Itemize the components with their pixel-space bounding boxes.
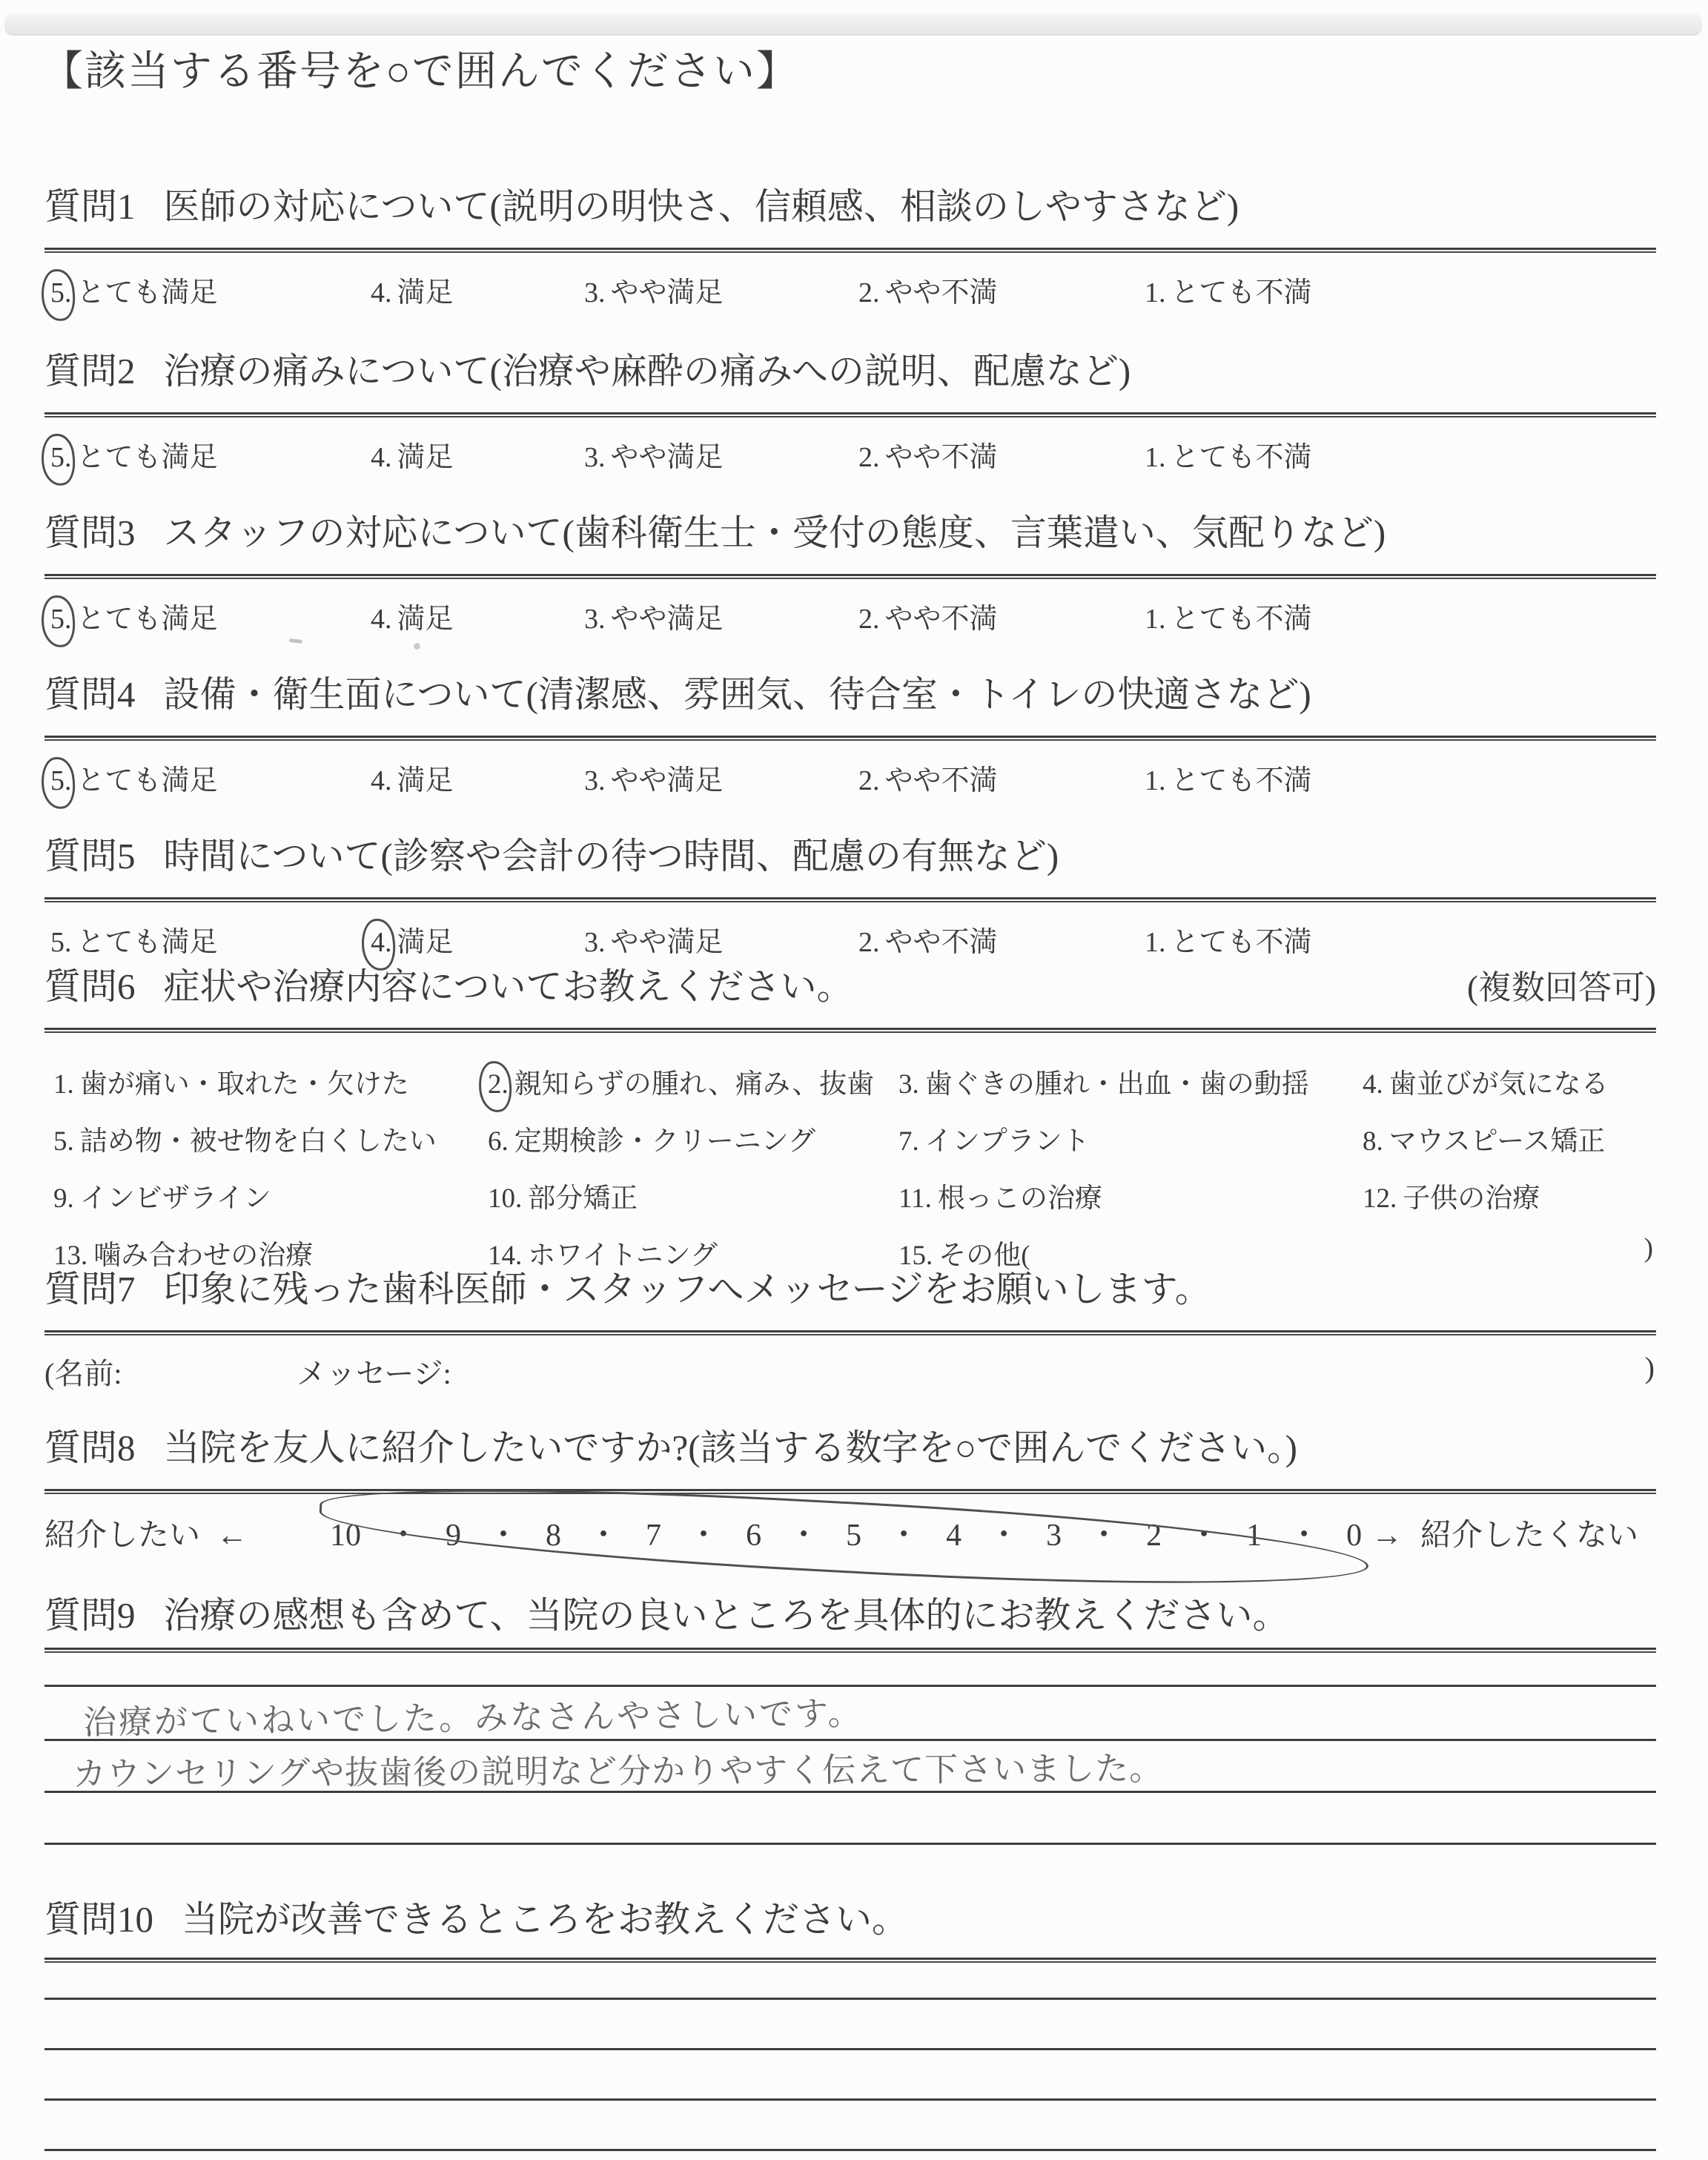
q10-heading: 質問10 当院が改善できるところをお教えください。 [44,1891,1656,1943]
q5-option-2-text: やや不満 [885,927,998,958]
q6-item-7-text: インプラント [925,1126,1090,1157]
q4-heading: 質問4 設備・衛生面について(清潔感、雰囲気、待合室・トイレの快適さなど) [44,666,1656,718]
q10-label: 質問10 [44,1891,153,1943]
q2-option-4-number: 4. [371,441,392,474]
q6-item-12-number: 12. [1363,1183,1397,1215]
question-6-section: 質問6 症状や治療内容についてお教えください。 (複数回答可) 1.歯が痛い・取… [44,958,1656,1279]
q3-option-1-number: 1. [1145,603,1166,635]
q6-item-4-text: 歯並びが気になる [1389,1069,1609,1100]
q2-option-3[interactable]: 3.やや満足 [584,434,724,475]
question-10-section: 質問10 当院が改善できるところをお教えください。 [44,1891,1656,2158]
q6-item-15-closing-paren: ) [1644,1232,1653,1264]
q9-answer-line-4[interactable] [44,1843,1656,1845]
q9-title: 治療の感想も含めて、当院の良いところを具体的にお教えください。 [164,1587,1289,1639]
q1-heading: 質問1 医師の対応について(説明の明快さ、信頼感、相談のしやすさなど) [44,178,1656,230]
q6-item-9-number: 9. [53,1183,74,1215]
q2-title: 治療の痛みについて(治療や麻酔の痛みへの説明、配慮など) [164,343,1131,394]
q6-item-6[interactable]: 6.定期検診・クリーニング [488,1118,815,1158]
q2-heading-underline [44,412,1656,417]
q6-item-8[interactable]: 8.マウスピース矯正 [1363,1118,1605,1158]
q6-item-12[interactable]: 12.子供の治療 [1363,1175,1540,1215]
q2-option-2-text: やや不満 [885,442,998,473]
q2-options-row: 5.とても満足 4.満足 3.やや満足 2.やや不満 1.とても不満 [44,434,1656,478]
q4-options-row: 5.とても満足 4.満足 3.やや満足 2.やや不満 1.とても不満 [44,757,1656,802]
q9-heading-underline [44,1648,1656,1653]
question-9-section: 質問9 治療の感想も含めて、当院の良いところを具体的にお教えください。 治療がて… [44,1587,1656,1854]
q6-heading: 質問6 症状や治療内容についてお教えください。 (複数回答可) [44,958,1656,1010]
q8-scale-9[interactable]: 9 [446,1518,461,1553]
q1-option-5[interactable]: 5.とても満足 [50,269,218,310]
q4-option-3-number: 3. [584,764,606,797]
q6-item-3-number: 3. [898,1069,919,1100]
q5-title: 時間について(診察や会計の待つ時間、配慮の有無など) [164,828,1059,879]
q6-heading-underline [44,1028,1656,1033]
q7-message-field-label: メッセージ: [297,1350,451,1393]
q6-item-3-text: 歯ぐきの腫れ・出血・歯の動揺 [925,1069,1309,1100]
q7-heading-underline [44,1330,1656,1335]
q5-option-3-text: やや満足 [611,927,724,958]
q9-heading: 質問9 治療の感想も含めて、当院の良いところを具体的にお教えください。 [44,1587,1656,1639]
q6-item-8-text: マウスピース矯正 [1389,1126,1606,1157]
q3-heading-underline [44,574,1656,579]
q1-option-3[interactable]: 3.やや満足 [584,269,724,310]
q6-item-1-text: 歯が痛い・取れた・欠けた [80,1069,409,1100]
q5-label: 質問5 [44,828,136,879]
q10-answer-line-4[interactable] [44,2149,1656,2151]
q3-option-3[interactable]: 3.やや満足 [584,595,724,636]
q3-options-row: 5.とても満足 4.満足 3.やや満足 2.やや不満 1.とても不満 [44,595,1656,640]
q8-scale-0[interactable]: 0 [1346,1518,1362,1553]
q2-heading: 質問2 治療の痛みについて(治療や麻酔の痛みへの説明、配慮など) [44,343,1656,394]
q6-item-11-text: 根っこの治療 [938,1183,1102,1214]
q6-item-11[interactable]: 11.根っこの治療 [898,1175,1102,1215]
question-8-section: 質問8 当院を友人に紹介したいですか?(該当する数字を○で囲んでください。) 紹… [44,1419,1656,1565]
question-3-section: 質問3 スタッフの対応について(歯科衛生士・受付の態度、言葉遣い、気配りなど) … [44,504,1656,640]
q5-option-4-number: 4. [371,926,392,959]
q8-right-label: 紹介したくない [1420,1519,1638,1553]
q2-option-5[interactable]: 5.とても満足 [50,434,218,475]
q1-options-row: 5.とても満足 4.満足 3.やや満足 2.やや不満 1.とても不満 [44,269,1656,314]
q5-option-5[interactable]: 5.とても満足 [50,919,218,960]
q8-left-label: 紹介したい [44,1519,200,1553]
q10-title: 当院が改善できるところをお教えください。 [182,1891,908,1943]
q5-option-1[interactable]: 1.とても不満 [1145,919,1312,960]
q1-option-1-number: 1. [1145,277,1166,309]
q4-title: 設備・衛生面について(清潔感、雰囲気、待合室・トイレの快適さなど) [164,666,1311,718]
q3-option-4-text: 満足 [397,604,454,635]
q7-heading: 質問7 印象に残った歯科医師・スタッフへメッセージをお願いします。 [44,1261,1656,1312]
q7-answer-row[interactable]: (名前: メッセージ: ) [44,1350,1656,1395]
q6-items-row-3: 9.インビザライン 10.部分矯正 11.根っこの治療 12.子供の治療 [44,1165,1656,1222]
q6-item-10-text: 部分矯正 [528,1183,638,1214]
q6-multi-answer-note: (複数回答可) [1467,960,1656,1008]
q4-option-3-text: やや満足 [611,765,724,796]
q2-option-2[interactable]: 2.やや不満 [858,434,998,475]
q8-scale-numbers: 10・9・8・7・6・5・4・3・2・1・0 [330,1510,1362,1555]
q10-answer-line-3[interactable] [44,2098,1656,2101]
q8-heading: 質問8 当院を友人に紹介したいですか?(該当する数字を○で囲んでください。) [44,1419,1656,1471]
q6-item-10-number: 10. [488,1183,522,1215]
right-arrow-icon: → [1371,1519,1403,1553]
q3-option-5-number: 5. [50,603,72,635]
q4-option-2[interactable]: 2.やや不満 [858,757,998,798]
q4-label: 質問4 [44,666,136,718]
q2-option-5-text: とても満足 [77,442,218,473]
q3-option-2-number: 2. [858,603,880,635]
q10-heading-underline [44,1958,1656,1963]
q5-option-4-text: 満足 [397,927,454,958]
q5-option-5-text: とても満足 [77,927,218,958]
q8-heading-underline [44,1489,1656,1494]
q5-option-3-number: 3. [584,926,606,959]
q6-item-1-number: 1. [53,1069,74,1100]
q2-option-3-number: 3. [584,441,606,474]
q5-heading: 質問5 時間について(診察や会計の待つ時間、配慮の有無など) [44,828,1656,879]
q1-option-3-number: 3. [584,277,606,309]
q6-item-3[interactable]: 3.歯ぐきの腫れ・出血・歯の動揺 [898,1061,1309,1101]
q1-option-5-text: とても満足 [77,277,218,308]
q1-option-2-text: やや不満 [885,277,998,308]
q4-option-1-text: とても不満 [1171,765,1312,796]
q1-option-2[interactable]: 2.やや不満 [858,269,998,310]
q1-option-5-number: 5. [50,277,72,309]
q3-option-1-text: とても不満 [1171,604,1312,635]
q3-option-1[interactable]: 1.とても不満 [1145,595,1312,636]
q6-items-row-1: 1.歯が痛い・取れた・欠けた 2.親知らずの腫れ、痛み、抜歯 3.歯ぐきの腫れ・… [44,1051,1656,1108]
left-arrow-icon: ← [216,1519,248,1553]
q8-nps-scale-row: 紹介したい← 10・9・8・7・6・5・4・3・2・1・0 →紹介したくない [44,1507,1656,1565]
q3-option-3-number: 3. [584,603,606,635]
q6-item-8-number: 8. [1363,1126,1383,1157]
q10-answer-line-1[interactable] [44,1998,1656,2000]
q4-heading-underline [44,736,1656,741]
q3-option-2[interactable]: 2.やや不満 [858,595,998,636]
q1-option-4-number: 4. [371,277,392,309]
q6-item-9[interactable]: 9.インビザライン [53,1175,271,1215]
q4-option-1-number: 1. [1145,764,1166,797]
q2-option-4-text: 満足 [397,442,454,473]
handwritten-answer-line-1: 治療がていねいでした。みなさんやさしいです。 [83,1686,864,1744]
q1-option-4-text: 満足 [397,277,454,308]
q6-item-6-number: 6. [488,1126,509,1157]
q1-label: 質問1 [44,178,136,230]
q1-title: 医師の対応について(説明の明快さ、信頼感、相談のしやすさなど) [164,178,1239,230]
scan-artifact-band [4,13,1702,34]
q3-option-5[interactable]: 5.とても満足 [50,595,218,636]
q10-answer-line-2[interactable] [44,2048,1656,2050]
q6-items-row-2: 5.詰め物・被せ物を白くしたい 6.定期検診・クリーニング 7.インプラント 8… [44,1108,1656,1165]
q6-title: 症状や治療内容についてお教えください。 [164,958,853,1010]
q4-option-5-text: とても満足 [77,765,218,796]
q5-option-2[interactable]: 2.やや不満 [858,919,998,960]
q4-option-1[interactable]: 1.とても不満 [1145,757,1312,798]
q6-item-7-number: 7. [898,1126,919,1157]
q2-option-1-number: 1. [1145,441,1166,474]
q6-item-2[interactable]: 2.親知らずの腫れ、痛み、抜歯 [488,1061,874,1101]
q5-option-1-text: とても不満 [1171,927,1312,958]
pencil-smudge [414,643,420,650]
q3-label: 質問3 [44,504,136,556]
q2-option-2-number: 2. [858,441,880,474]
q2-option-3-text: やや満足 [611,442,724,473]
q6-item-2-text: 親知らずの腫れ、痛み、抜歯 [514,1069,874,1100]
q8-right-anchor: →紹介したくない [1371,1510,1638,1555]
q4-option-5-number: 5. [50,764,72,797]
question-1-section: 質問1 医師の対応について(説明の明快さ、信頼感、相談のしやすさなど) 5.とて… [44,178,1656,314]
q6-item-5[interactable]: 5.詰め物・被せ物を白くしたい [53,1118,437,1158]
q8-title: 当院を友人に紹介したいですか?(該当する数字を○で囲んでください。) [164,1419,1297,1471]
survey-scan-page: 【該当する番号を○で囲んでください】 質問1 医師の対応について(説明の明快さ、… [0,0,1708,2160]
q1-option-1-text: とても不満 [1171,277,1312,308]
q6-item-7[interactable]: 7.インプラント [898,1118,1090,1158]
q2-label: 質問2 [44,343,136,394]
q4-option-2-number: 2. [858,764,880,797]
q6-item-5-text: 詰め物・被せ物を白くしたい [80,1126,437,1157]
question-7-section: 質問7 印象に残った歯科医師・スタッフへメッセージをお願いします。 (名前: メ… [44,1261,1656,1395]
q6-item-1[interactable]: 1.歯が痛い・取れた・欠けた [53,1061,409,1101]
q6-item-11-number: 11. [898,1183,932,1215]
q1-option-3-text: やや満足 [611,277,724,308]
q5-heading-underline [44,897,1656,902]
q5-option-2-number: 2. [858,926,880,959]
q7-title: 印象に残った歯科医師・スタッフへメッセージをお願いします。 [164,1261,1211,1312]
q8-left-anchor: 紹介したい← [44,1510,248,1555]
q6-item-4[interactable]: 4.歯並びが気になる [1363,1061,1609,1101]
q1-option-2-number: 2. [858,277,880,309]
q5-option-5-number: 5. [50,926,72,959]
q7-closing-paren: ) [1645,1350,1655,1385]
q6-item-5-number: 5. [53,1126,74,1157]
q4-option-3[interactable]: 3.やや満足 [584,757,724,798]
q3-heading: 質問3 スタッフの対応について(歯科衛生士・受付の態度、言葉遣い、気配りなど) [44,504,1656,556]
q8-label: 質問8 [44,1419,136,1471]
q2-option-1[interactable]: 1.とても不満 [1145,434,1312,475]
pencil-smudge [289,638,302,644]
q6-item-9-text: インビザライン [80,1183,271,1214]
q3-option-4[interactable]: 4.満足 [371,595,454,636]
q1-option-4[interactable]: 4.満足 [371,269,454,310]
q7-name-field-label: (名前: [44,1350,122,1393]
q2-option-1-text: とても不満 [1171,442,1312,473]
q7-label: 質問7 [44,1261,136,1312]
q3-option-4-number: 4. [371,603,392,635]
question-5-section: 質問5 時間について(診察や会計の待つ時間、配慮の有無など) 5.とても満足 4… [44,828,1656,963]
q4-option-4-text: 満足 [397,765,454,796]
q5-option-3[interactable]: 3.やや満足 [584,919,724,960]
q5-option-4[interactable]: 4.満足 [371,919,454,960]
q1-heading-underline [44,248,1656,253]
handwritten-answer-line-2: カウンセリングや抜歯後の説明など分かりやすく伝えて下さいました。 [73,1741,1163,1795]
q2-option-4[interactable]: 4.満足 [371,434,454,475]
q6-label: 質問6 [44,958,136,1010]
q3-option-5-text: とても満足 [77,604,218,635]
q1-option-1[interactable]: 1.とても不満 [1145,269,1312,310]
q2-option-5-number: 5. [50,441,72,474]
q6-item-10[interactable]: 10.部分矯正 [488,1175,638,1215]
question-4-section: 質問4 設備・衛生面について(清潔感、雰囲気、待合室・トイレの快適さなど) 5.… [44,666,1656,802]
q5-options-row: 5.とても満足 4.満足 3.やや満足 2.やや不満 1.とても不満 [44,919,1656,963]
q3-title: スタッフの対応について(歯科衛生士・受付の態度、言葉遣い、気配りなど) [164,504,1386,556]
q9-label: 質問9 [44,1587,136,1639]
question-2-section: 質問2 治療の痛みについて(治療や麻酔の痛みへの説明、配慮など) 5.とても満足… [44,343,1656,478]
q3-option-2-text: やや不満 [885,604,998,635]
q6-item-12-text: 子供の治療 [1403,1183,1540,1214]
q6-item-6-text: 定期検診・クリーニング [514,1126,815,1157]
q4-option-4-number: 4. [371,764,392,797]
page-title: 【該当する番号を○で囲んでください】 [42,39,799,98]
q6-item-4-number: 4. [1363,1069,1383,1100]
q3-option-3-text: やや満足 [611,604,724,635]
q4-option-5[interactable]: 5.とても満足 [50,757,218,798]
q4-option-4[interactable]: 4.満足 [371,757,454,798]
q5-option-1-number: 1. [1145,926,1166,959]
q6-item-2-number: 2. [488,1069,509,1100]
q4-option-2-text: やや不満 [885,765,998,796]
